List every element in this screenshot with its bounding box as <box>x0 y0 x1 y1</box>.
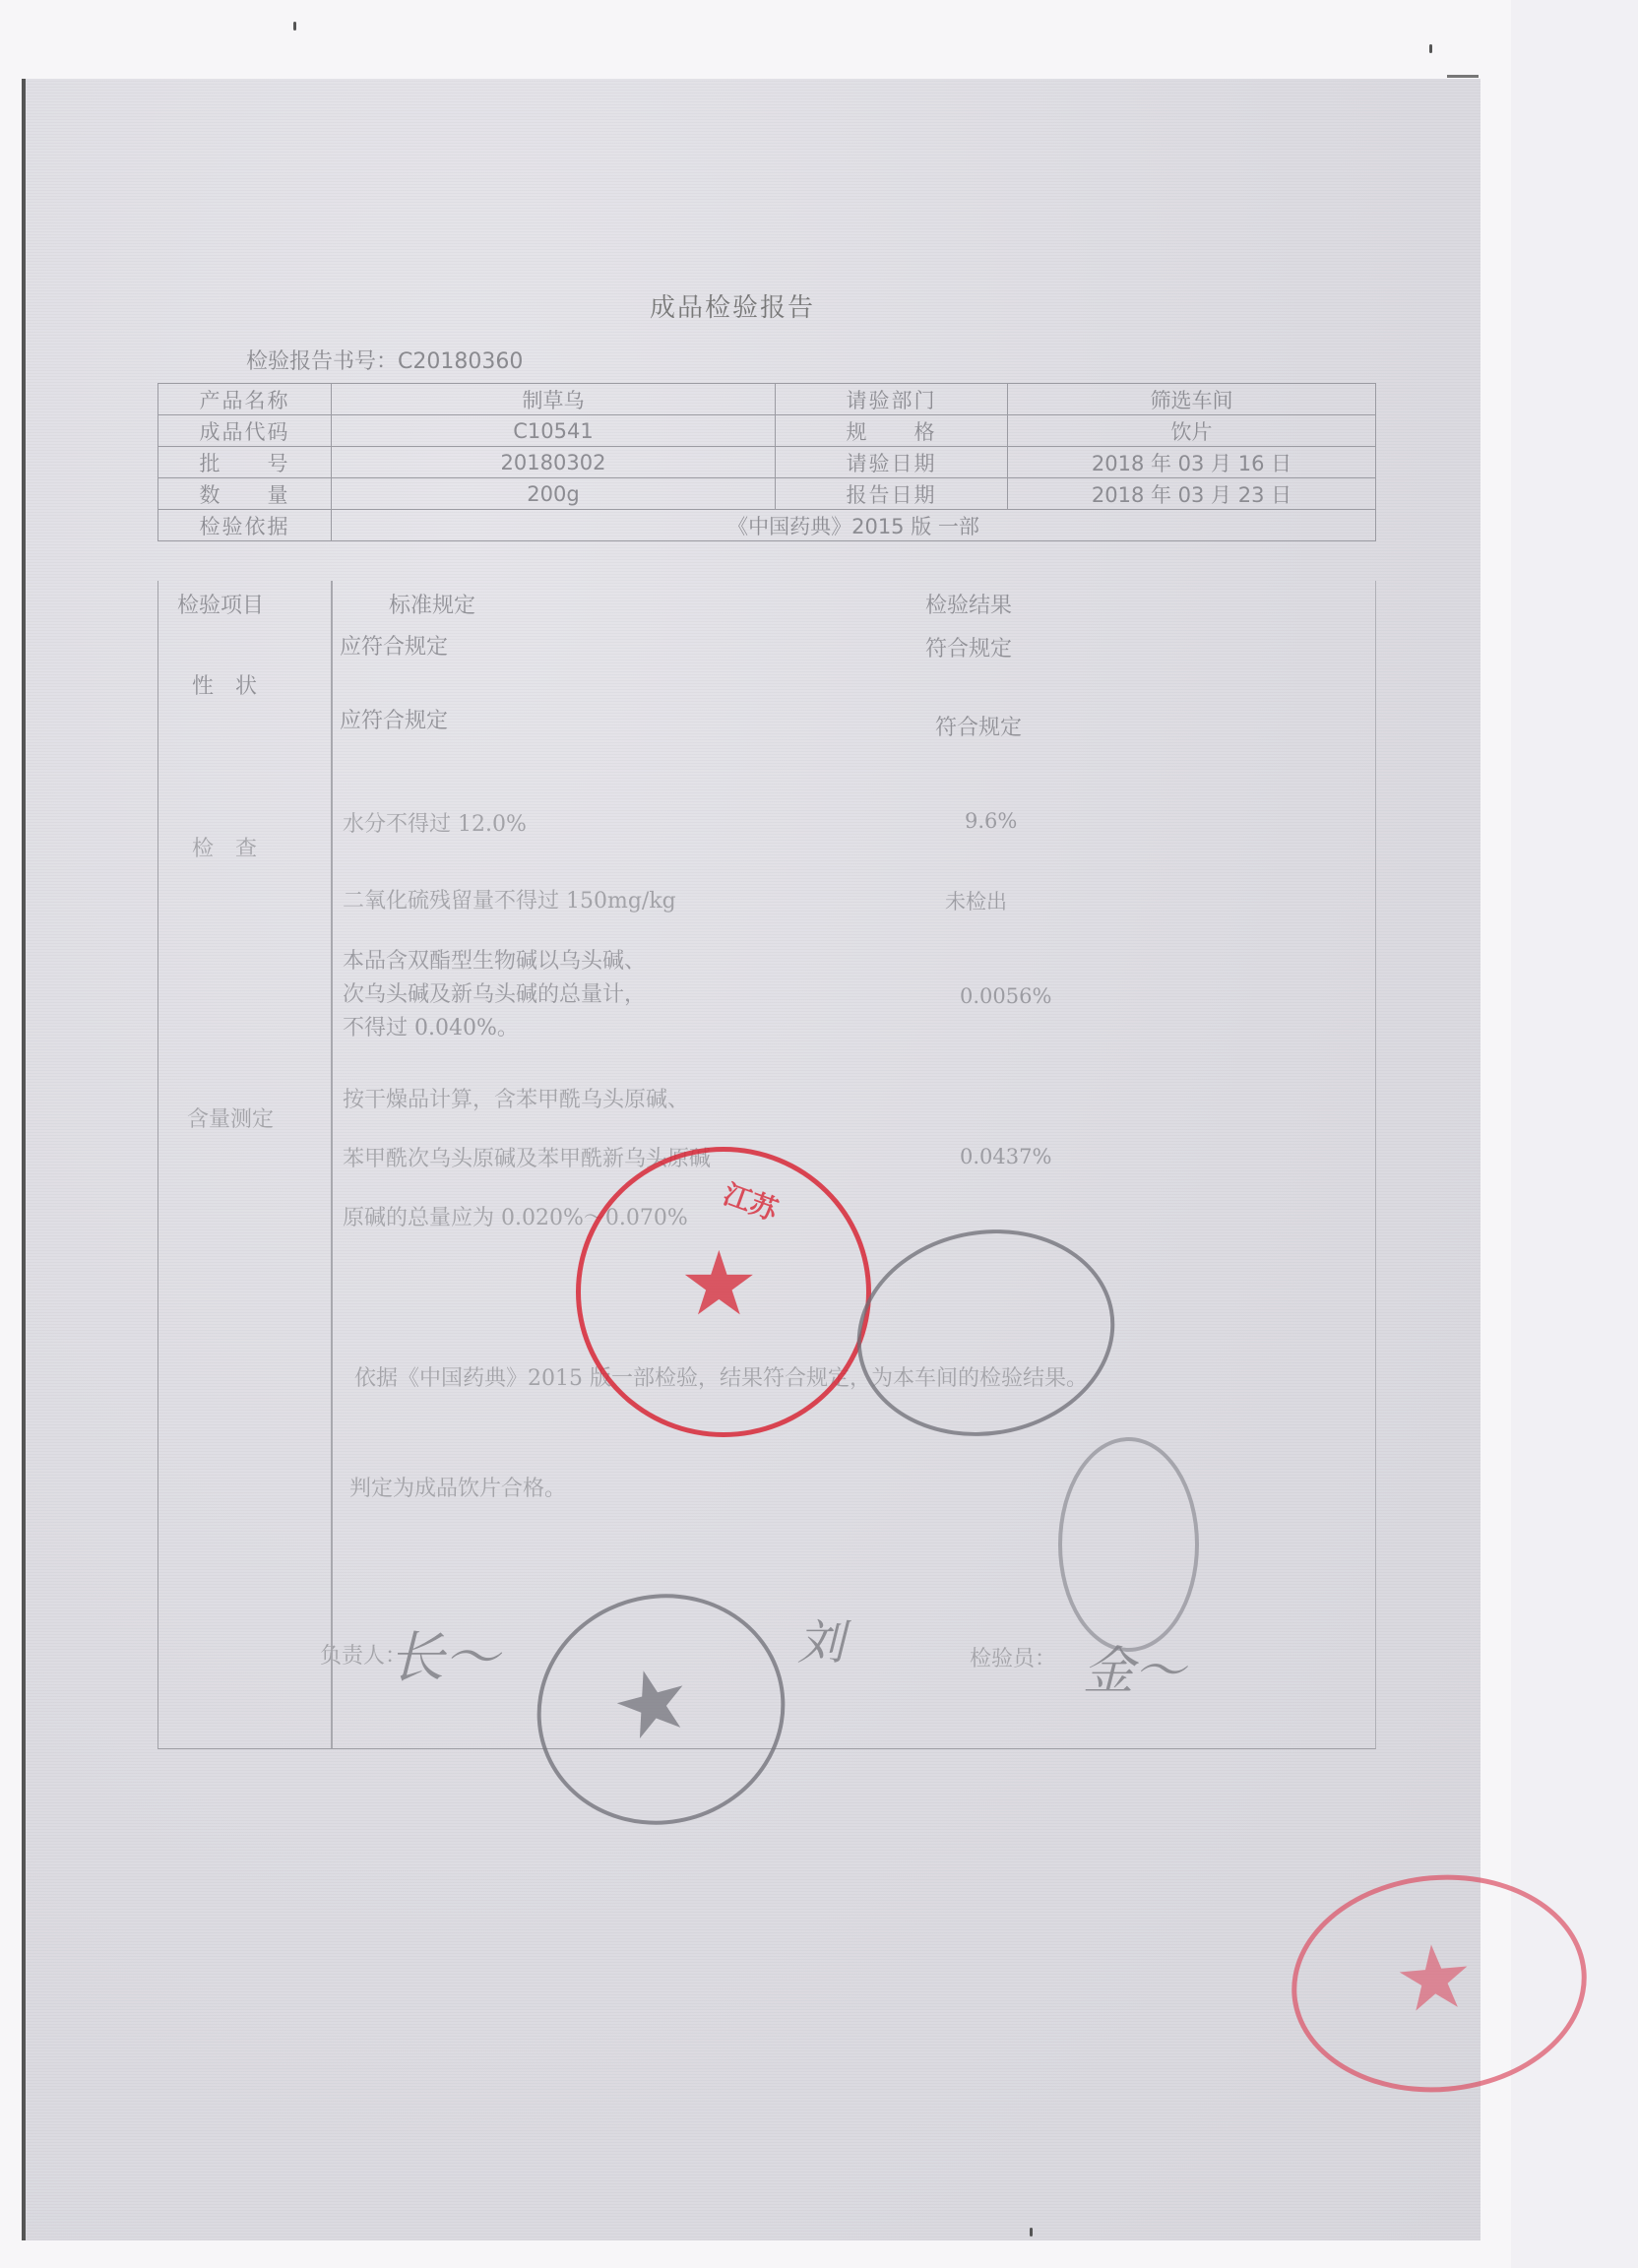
label-report-date: 报告日期 <box>776 478 1008 510</box>
scan-edge-mark <box>1447 75 1479 78</box>
value-batch-number: 20180302 <box>332 447 776 478</box>
verdict-text: 判定为成品饮片合格。 <box>349 1472 566 1502</box>
result-text: 9.6% <box>965 809 1017 833</box>
header-row: 批 号 20180302 请验日期 2018 年 03 月 16 日 <box>158 447 1376 478</box>
item-assay: 含量测定 <box>187 1102 274 1133</box>
standard-text: 水分不得过 12.0% <box>343 807 527 838</box>
standard-line: 本品含双酯型生物碱以乌头碱、 <box>343 945 646 978</box>
item-appearance: 性 状 <box>192 669 257 700</box>
label-requesting-dept: 请验部门 <box>776 384 1008 415</box>
label-batch-number: 批 号 <box>158 447 332 478</box>
dust-speck <box>1429 44 1432 53</box>
header-table: 产品名称 制草乌 请验部门 筛选车间 成品代码 C10541 规 格 饮片 批 … <box>157 383 1376 541</box>
label-product-name: 产品名称 <box>158 384 332 415</box>
col-header-item: 检验项目 <box>177 589 264 619</box>
value-report-date: 2018 年 03 月 23 日 <box>1008 478 1376 510</box>
label-basis: 检验依据 <box>158 510 332 541</box>
result-text: 0.0437% <box>960 1145 1051 1168</box>
report-number-value: C20180360 <box>398 349 523 374</box>
value-product-code: C10541 <box>332 415 776 447</box>
value-product-name: 制草乌 <box>332 384 776 415</box>
result-text: 符合规定 <box>925 632 1012 662</box>
seal-text: 江苏 <box>719 1173 784 1229</box>
standard-text: 二氧化硫残留量不得过 150mg/kg <box>343 884 676 914</box>
signature-scribble: 刘 <box>797 1605 845 1672</box>
star-icon: ★ <box>679 1240 759 1329</box>
standard-text: 按干燥品计算，含苯甲酰乌头原碱、 <box>343 1083 689 1113</box>
standard-line: 不得过 0.040%。 <box>343 1012 646 1045</box>
dust-speck <box>1030 2228 1033 2236</box>
star-icon: ★ <box>602 1651 702 1757</box>
document-title: 成品检验报告 <box>650 287 815 324</box>
header-row: 检验依据 《中国药典》2015 版 一部 <box>158 510 1376 541</box>
value-requesting-dept: 筛选车间 <box>1008 384 1376 415</box>
red-seal-stamp: ★ 江苏 <box>576 1147 871 1437</box>
col-header-result: 检验结果 <box>925 589 1012 619</box>
value-quantity: 200g <box>332 478 776 510</box>
report-number-label: 检验报告书号： <box>246 349 398 374</box>
header-row: 成品代码 C10541 规 格 饮片 <box>158 415 1376 447</box>
gray-seal-stamp <box>1058 1437 1199 1652</box>
standard-text: 应符合规定 <box>340 704 448 734</box>
standard-text-multiline: 本品含双酯型生物碱以乌头碱、 次乌头碱及新乌头碱的总量计， 不得过 0.040%… <box>343 945 646 1045</box>
label-request-date: 请验日期 <box>776 447 1008 478</box>
inspector-label: 检验员： <box>970 1642 1056 1672</box>
item-inspection: 检 查 <box>192 832 257 862</box>
value-request-date: 2018 年 03 月 16 日 <box>1008 447 1376 478</box>
header-row: 数 量 200g 报告日期 2018 年 03 月 23 日 <box>158 478 1376 510</box>
report-number: 检验报告书号：C20180360 <box>246 345 523 375</box>
column-divider <box>331 581 333 1748</box>
result-text: 0.0056% <box>960 984 1051 1008</box>
dust-speck <box>293 22 296 31</box>
col-header-standard: 标准规定 <box>389 589 475 619</box>
header-row: 产品名称 制草乌 请验部门 筛选车间 <box>158 384 1376 415</box>
value-basis: 《中国药典》2015 版 一部 <box>332 510 1376 541</box>
standard-text: 应符合规定 <box>340 630 448 661</box>
star-icon: ★ <box>1391 1931 1478 2027</box>
label-product-code: 成品代码 <box>158 415 332 447</box>
result-text: 符合规定 <box>935 711 1022 741</box>
responsible-signature: 长〜 <box>389 1614 499 1693</box>
result-text: 未检出 <box>945 886 1007 915</box>
standard-line: 次乌头碱及新乌头碱的总量计， <box>343 978 646 1012</box>
label-specification: 规 格 <box>776 415 1008 447</box>
label-quantity: 数 量 <box>158 478 332 510</box>
value-specification: 饮片 <box>1008 415 1376 447</box>
